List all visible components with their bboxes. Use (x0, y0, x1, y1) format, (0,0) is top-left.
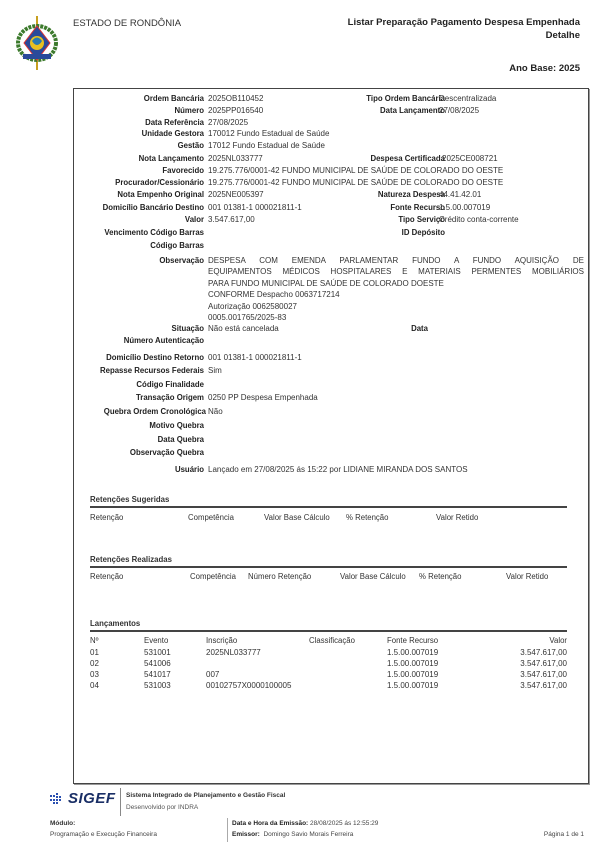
col-header: Evento (144, 636, 168, 645)
coat-of-arms-icon (14, 14, 60, 72)
section-divider (90, 630, 567, 632)
data-referencia-value: 27/08/2025 (208, 117, 248, 128)
observacao-line: DESPESA COM EMENDA PARLAMENTAR FUNDO A F… (208, 255, 584, 266)
emission-label: Data e Hora da Emissão: (232, 820, 308, 827)
situacao-label: Situação (74, 323, 204, 334)
usuario-value: Lançado em 27/08/2025 ás 15:22 por LIDIA… (208, 464, 468, 475)
col-header: Classificação (309, 636, 355, 645)
transacao-origem-label: Transação Origem (74, 392, 204, 403)
field-row: Código Finalidade (74, 379, 588, 390)
issuer: Emissor: Domingo Savio Morais Ferreira (232, 831, 353, 838)
field-row: Ordem Bancária 2025OB110452 Tipo Ordem B… (74, 93, 588, 104)
retencoes-realizadas-title: Retenções Realizadas (90, 555, 172, 564)
valor-value: 3.547.617,00 (208, 214, 255, 225)
valor-label: Valor (74, 214, 204, 225)
state-name: ESTADO DE RONDÔNIA (73, 18, 181, 29)
observacao-line: PARA FUNDO MUNICIPAL DE SAÚDE DE COLORAD… (208, 278, 584, 289)
quebra-ordem-cronologica-label: Quebra Ordem Cronológica (74, 406, 206, 417)
field-row: Usuário Lançado em 27/08/2025 ás 15:22 p… (74, 464, 588, 475)
vencimento-codigo-barras-label: Vencimento Código Barras (74, 227, 204, 238)
observacao-value: DESPESA COM EMENDA PARLAMENTAR FUNDO A F… (208, 255, 584, 323)
issuer-label: Emissor: (232, 831, 260, 838)
col-header: Competência (188, 513, 234, 522)
id-deposito-label: ID Depósito (314, 227, 445, 238)
lancamentos-title: Lançamentos (90, 619, 140, 628)
fonte-recurso-label: Fonte Recurso (314, 202, 445, 213)
col-header: Número Retenção (248, 572, 311, 581)
col-header: Fonte Recurso (387, 636, 438, 645)
module-value: Programação e Execução Financeira (50, 831, 157, 838)
observacao-quebra-label: Observação Quebra (74, 447, 204, 458)
field-row: Quebra Ordem Cronológica Não (74, 406, 588, 417)
table-cell: 03 (90, 670, 99, 679)
quebra-ordem-cronologica-value: Não (208, 406, 223, 417)
nota-lancamento-label: Nota Lançamento (74, 153, 204, 164)
col-header: Competência (190, 572, 236, 581)
data-quebra-label: Data Quebra (74, 434, 204, 445)
field-row: Observação Quebra (74, 447, 588, 458)
table-cell: 2025NL033777 (206, 648, 261, 657)
field-row: Repasse Recursos Federais Sim (74, 365, 588, 376)
observacao-line: EQUIPAMENTOS MÉDICOS HOSPITALARES E MATE… (208, 266, 584, 277)
sigef-dots-icon (50, 793, 66, 805)
natureza-despesa-value: 44.41.42.01 (439, 189, 481, 200)
codigo-barras-label: Código Barras (74, 240, 204, 251)
table-cell: 1.5.00.007019 (387, 670, 438, 679)
data-referencia-label: Data Referência (74, 117, 204, 128)
ordem-bancaria-label: Ordem Bancária (74, 93, 204, 104)
base-year: Ano Base: 2025 (509, 63, 580, 74)
gestao-value: 17012 Fundo Estadual de Saúde (208, 140, 325, 151)
tipo-ordem-bancaria-label: Tipo Ordem Bancária (314, 93, 445, 104)
col-header: Valor Retido (436, 513, 478, 522)
col-header: Retenção (90, 513, 123, 522)
col-header: Valor Base Cálculo (264, 513, 330, 522)
fonte-recurso-value: 1.5.00.007019 (439, 202, 490, 213)
field-row: Vencimento Código Barras ID Depósito (74, 227, 588, 238)
table-cell: 1.5.00.007019 (387, 659, 438, 668)
field-row: Procurador/Cessionário 19.275.776/0001-4… (74, 177, 588, 188)
numero-autenticacao-label: Número Autenticação (74, 335, 204, 346)
nota-empenho-original-value: 2025NE005397 (208, 189, 264, 200)
section-divider (90, 566, 567, 568)
observacao-line: Autorização 0062580027 (208, 301, 584, 312)
footer-divider (227, 818, 228, 842)
field-row: Data Quebra (74, 434, 588, 445)
favorecido-label: Favorecido (74, 165, 204, 176)
numero-value: 2025PP016540 (208, 105, 263, 116)
table-cell: 3.547.617,00 (520, 659, 567, 668)
data-lancamento-value: 27/08/2025 (439, 105, 479, 116)
gestao-label: Gestão (74, 140, 204, 151)
favorecido-value: 19.275.776/0001-42 FUNDO MUNICIPAL DE SA… (208, 165, 503, 176)
module-label: Módulo: (50, 820, 75, 827)
table-cell: 541017 (144, 670, 171, 679)
field-row: Nota Lançamento 2025NL033777 Despesa Cer… (74, 153, 588, 164)
field-row: Favorecido 19.275.776/0001-42 FUNDO MUNI… (74, 165, 588, 176)
table-cell: 04 (90, 681, 99, 690)
col-header: Retenção (90, 572, 123, 581)
issuer-value: Domingo Savio Morais Ferreira (263, 831, 353, 838)
report-title: Listar Preparação Pagamento Despesa Empe… (348, 16, 580, 42)
table-cell: 3.547.617,00 (520, 681, 567, 690)
repasse-recursos-federais-value: Sim (208, 365, 222, 376)
tipo-servico-value: Crédito conta-corrente (439, 214, 519, 225)
field-row: Valor 3.547.617,00 Tipo Serviço Crédito … (74, 214, 588, 225)
field-row: Transação Origem 0250 PP Despesa Empenha… (74, 392, 588, 403)
field-row: Domicílio Bancário Destino 001 01381-1 0… (74, 202, 588, 213)
observacao-line: CONFORME Despacho 0063717214 (208, 289, 584, 300)
data-label: Data (384, 323, 428, 334)
report-title-sub: Detalhe (348, 29, 580, 42)
observacao-label: Observação (74, 255, 204, 266)
field-row: Número Autenticação (74, 335, 588, 346)
sigef-logo: SIGEF (68, 790, 116, 807)
field-row: Número 2025PP016540 Data Lançamento 27/0… (74, 105, 588, 116)
report-title-main: Listar Preparação Pagamento Despesa Empe… (348, 16, 580, 29)
numero-label: Número (74, 105, 204, 116)
table-cell: 3.547.617,00 (520, 648, 567, 657)
natureza-despesa-label: Natureza Despesa (314, 189, 445, 200)
col-header: Nº (90, 636, 98, 645)
table-cell: 02 (90, 659, 99, 668)
table-cell: 1.5.00.007019 (387, 648, 438, 657)
tipo-ordem-bancaria-value: Descentralizada (439, 93, 496, 104)
detail-panel: Ordem Bancária 2025OB110452 Tipo Ordem B… (73, 88, 589, 784)
page-number: Página 1 de 1 (544, 831, 584, 838)
domicilio-destino-retorno-value: 001 01381-1 000021811-1 (208, 352, 302, 363)
data-lancamento-label: Data Lançamento (314, 105, 445, 116)
field-row: Motivo Quebra (74, 420, 588, 431)
field-row: Data Referência 27/08/2025 (74, 117, 588, 128)
field-row: Domicílio Destino Retorno 001 01381-1 00… (74, 352, 588, 363)
transacao-origem-value: 0250 PP Despesa Empenhada (208, 392, 318, 403)
table-cell: 541006 (144, 659, 171, 668)
domicilio-destino-retorno-label: Domicílio Destino Retorno (74, 352, 204, 363)
col-header: Valor Retido (506, 572, 548, 581)
emission-value: 28/08/2025 ás 12:55:29 (310, 820, 378, 827)
domicilio-bancario-destino-value: 001 01381-1 000021811-1 (208, 202, 302, 213)
despesa-certificada-value: 2025CE008721 (442, 153, 498, 164)
despesa-certificada-label: Despesa Certificada (314, 153, 445, 164)
unidade-gestora-value: 170012 Fundo Estadual de Saúde (208, 128, 329, 139)
retencoes-sugeridas-title: Retenções Sugeridas (90, 495, 169, 504)
table-cell: 1.5.00.007019 (387, 681, 438, 690)
unidade-gestora-label: Unidade Gestora (74, 128, 204, 139)
nota-lancamento-value: 2025NL033777 (208, 153, 263, 164)
usuario-label: Usuário (74, 464, 204, 475)
system-name: Sistema Integrado de Planejamento e Gest… (126, 792, 285, 799)
field-row: Nota Empenho Original 2025NE005397 Natur… (74, 189, 588, 200)
ordem-bancaria-value: 2025OB110452 (208, 93, 263, 104)
codigo-finalidade-label: Código Finalidade (74, 379, 204, 390)
table-cell: 531003 (144, 681, 171, 690)
col-header: Valor Base Cálculo (340, 572, 406, 581)
field-row: Situação Não está cancelada Data (74, 323, 588, 334)
col-header: Inscrição (206, 636, 237, 645)
col-header: % Retenção (346, 513, 388, 522)
table-cell: 01 (90, 648, 99, 657)
developer: Desenvolvido por INDRA (126, 804, 198, 811)
col-header: Valor (549, 636, 567, 645)
observacao-line: 0005.001765/2025-83 (208, 312, 584, 323)
procurador-label: Procurador/Cessionário (74, 177, 204, 188)
domicilio-bancario-destino-label: Domicílio Bancário Destino (74, 202, 204, 213)
field-row: Unidade Gestora 170012 Fundo Estadual de… (74, 128, 588, 139)
table-cell: 531001 (144, 648, 171, 657)
field-row: Código Barras (74, 240, 588, 251)
report-footer: SIGEF Sistema Integrado de Planejamento … (0, 784, 600, 846)
table-cell: 3.547.617,00 (520, 670, 567, 679)
emission-datetime: Data e Hora da Emissão: 28/08/2025 ás 12… (232, 820, 378, 827)
procurador-value: 19.275.776/0001-42 FUNDO MUNICIPAL DE SA… (208, 177, 503, 188)
repasse-recursos-federais-label: Repasse Recursos Federais (74, 365, 204, 376)
footer-divider (120, 788, 121, 816)
tipo-servico-label: Tipo Serviço (314, 214, 445, 225)
motivo-quebra-label: Motivo Quebra (74, 420, 204, 431)
table-cell: 007 (206, 670, 219, 679)
field-row: Gestão 17012 Fundo Estadual de Saúde (74, 140, 588, 151)
col-header: % Retenção (419, 572, 461, 581)
situacao-value: Não está cancelada (208, 323, 279, 334)
nota-empenho-original-label: Nota Empenho Original (74, 189, 204, 200)
table-cell: 00102757X0000100005 (206, 681, 291, 690)
section-divider (90, 506, 567, 508)
